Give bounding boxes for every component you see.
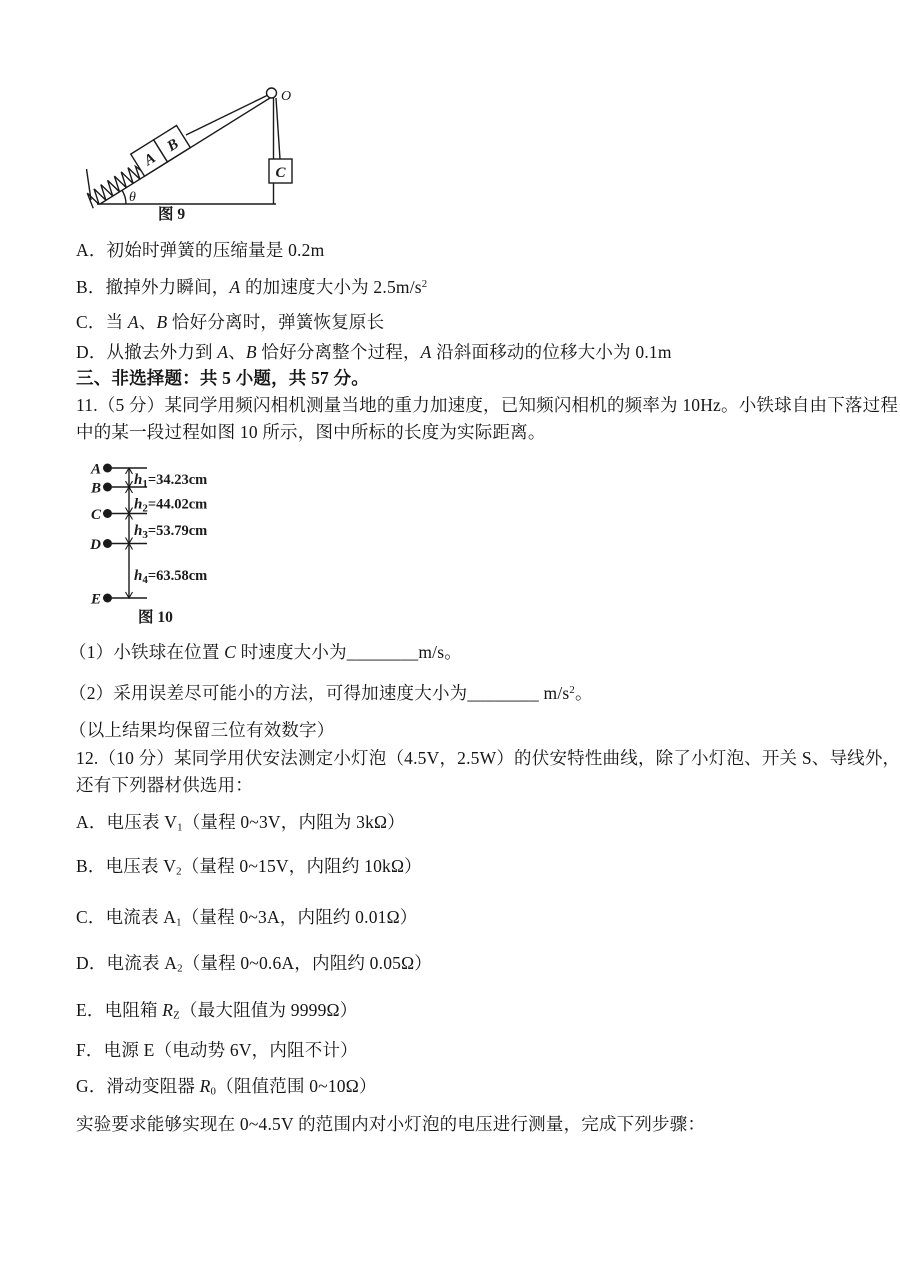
measurement-h1: h1=34.23cm (134, 472, 207, 490)
text-segment: 中的某一段过程如图 10 所示，图中所标的长度为实际距离。 (76, 422, 546, 442)
point-d-label: D (89, 537, 101, 553)
text-segment: R (162, 1000, 173, 1020)
text-segment: B (156, 312, 167, 332)
text-segment: A (229, 277, 240, 297)
text-segment: 11.（5 分）某同学用频闪相机测量当地的重力加速度，已知频闪相机的频率为 10… (76, 395, 898, 415)
text-segment: A (128, 312, 139, 332)
measurement-h2: h2=44.02cm (134, 497, 207, 515)
text-segment: 。 (575, 683, 593, 703)
ball-position-d (103, 539, 112, 548)
text-segment: （最大阻值为 9999Ω） (180, 1000, 357, 1020)
text-segment: E．电阻箱 (76, 1000, 162, 1020)
text-segment: A．初始时弹簧的压缩量是 0.2m (76, 240, 324, 260)
q12-option-e: E．电阻箱 RZ（最大阻值为 9999Ω） (76, 997, 357, 1023)
q10-option-c: C．当 A、B 恰好分离时，弹簧恢复原长 (76, 309, 384, 335)
text-segment: A (217, 342, 228, 362)
q10-option-a: A．初始时弹簧的压缩量是 0.2m (76, 237, 324, 263)
text-segment: 、 (139, 312, 157, 332)
q11-stem-line-2: 中的某一段过程如图 10 所示，图中所标的长度为实际距离。 (76, 419, 546, 445)
text-segment: D．电流表 A (76, 953, 177, 973)
text-segment: G．滑动变阻器 (76, 1076, 200, 1096)
figure-10: A B C D E h1=34.23cm h2=44.02cm h3=53.79… (85, 455, 260, 630)
text-segment: （2）采用误差尽可能小的方法，可得加速度大小为________ m/s (69, 683, 569, 703)
text-segment: A (421, 342, 432, 362)
q10-option-b: B．撤掉外力瞬间，A 的加速度大小为 2.5m/s2 (76, 274, 427, 300)
text-segment: 的加速度大小为 2.5m/s (240, 277, 421, 297)
text-segment: 还有下列器材供选用： (76, 775, 253, 795)
text-segment: （以上结果均保留三位有效数字） (69, 720, 335, 740)
ball-position-c (103, 509, 112, 518)
text-segment: （1）小铁球在位置 (69, 642, 224, 662)
q11-subquestion-2: （2）采用误差尽可能小的方法，可得加速度大小为________ m/s2。 (69, 680, 593, 706)
q12-stem-line-2: 还有下列器材供选用： (76, 772, 253, 798)
section-3-heading: 三、非选择题：共 5 小题，共 57 分。 (76, 365, 369, 391)
block-c-label: C (275, 165, 286, 181)
pulley-icon (267, 88, 277, 98)
q12-option-d: D．电流表 A2（量程 0~0.6A，内阻约 0.05Ω） (76, 950, 432, 976)
text-segment: （量程 0~0.6A，内阻约 0.05Ω） (183, 953, 432, 973)
text-segment: C．电流表 A (76, 907, 176, 927)
pulley-point-label: O (281, 89, 291, 104)
text-segment: 实验要求能够实现在 0~4.5V 的范围内对小灯泡的电压进行测量，完成下列步骤： (76, 1114, 705, 1134)
point-b-label: B (90, 481, 101, 497)
q11-stem-line-1: 11.（5 分）某同学用频闪相机测量当地的重力加速度，已知频闪相机的频率为 10… (76, 392, 898, 418)
q12-option-a: A．电压表 V1（量程 0~3V，内阻为 3kΩ） (76, 809, 405, 835)
text-segment: B．电压表 V (76, 856, 176, 876)
exam-page: A B O C θ 图 9 A．初始时弹簧的压缩量是 0.2m B．撤掉外力瞬间… (0, 0, 900, 1273)
text-segment: 三、非选择题：共 5 小题，共 57 分。 (76, 368, 369, 388)
figure-9-caption: 图 9 (158, 204, 185, 223)
text-segment: R (200, 1076, 211, 1096)
q12-option-g: G．滑动变阻器 R0（阻值范围 0~10Ω） (76, 1073, 377, 1099)
angle-arc (122, 190, 126, 204)
text-segment: Z (173, 1010, 180, 1022)
text-segment: C．当 (76, 312, 128, 332)
point-e-label: E (90, 592, 101, 608)
q12-requirement: 实验要求能够实现在 0~4.5V 的范围内对小灯泡的电压进行测量，完成下列步骤： (76, 1111, 705, 1137)
text-segment: 时速度大小为________m/s。 (236, 642, 462, 662)
text-segment: （量程 0~15V，内阻约 10kΩ） (182, 856, 422, 876)
text-segment: 、 (228, 342, 246, 362)
q11-note: （以上结果均保留三位有效数字） (69, 717, 335, 743)
text-segment: 沿斜面移动的位移大小为 0.1m (432, 342, 672, 362)
text-segment: （量程 0~3A，内阻约 0.01Ω） (182, 907, 418, 927)
text-segment: D．从撤去外力到 (76, 342, 217, 362)
text-segment: B (246, 342, 257, 362)
ball-position-a (103, 464, 112, 473)
q11-subquestion-1: （1）小铁球在位置 C 时速度大小为________m/s。 (69, 639, 462, 665)
ball-position-e (103, 594, 112, 603)
q10-option-d: D．从撤去外力到 A、B 恰好分离整个过程，A 沿斜面移动的位移大小为 0.1m (76, 339, 672, 365)
figure-10-caption: 图 10 (138, 607, 173, 626)
string-to-pulley (186, 96, 267, 136)
text-segment: F．电源 E（电动势 6V，内阻不计） (76, 1040, 358, 1060)
string-to-block-c (276, 98, 280, 159)
point-c-label: C (91, 507, 102, 523)
text-segment: 恰好分离时，弹簧恢复原长 (167, 312, 384, 332)
text-segment: 恰好分离整个过程， (257, 342, 421, 362)
ball-position-b (103, 483, 112, 492)
text-segment: 2 (422, 278, 428, 290)
q12-option-b: B．电压表 V2（量程 0~15V，内阻约 10kΩ） (76, 853, 422, 879)
text-segment: 12.（10 分）某同学用伏安法测定小灯泡（4.5V，2.5W）的伏安特性曲线，… (76, 748, 900, 768)
text-segment: A．电压表 V (76, 812, 177, 832)
measurement-h4: h4=63.58cm (134, 568, 207, 586)
point-a-label: A (90, 462, 101, 478)
text-segment: （量程 0~3V，内阻为 3kΩ） (183, 812, 405, 832)
figure-9: A B O C θ 图 9 (82, 80, 310, 226)
text-segment: C (224, 642, 236, 662)
q12-option-c: C．电流表 A1（量程 0~3A，内阻约 0.01Ω） (76, 904, 418, 930)
q12-stem-line-1: 12.（10 分）某同学用伏安法测定小灯泡（4.5V，2.5W）的伏安特性曲线，… (76, 745, 900, 771)
q12-option-f: F．电源 E（电动势 6V，内阻不计） (76, 1037, 358, 1063)
text-segment: （阻值范围 0~10Ω） (216, 1076, 377, 1096)
text-segment: B．撤掉外力瞬间， (76, 277, 229, 297)
measurement-h3: h3=53.79cm (134, 523, 207, 541)
angle-theta-label: θ (129, 190, 136, 205)
